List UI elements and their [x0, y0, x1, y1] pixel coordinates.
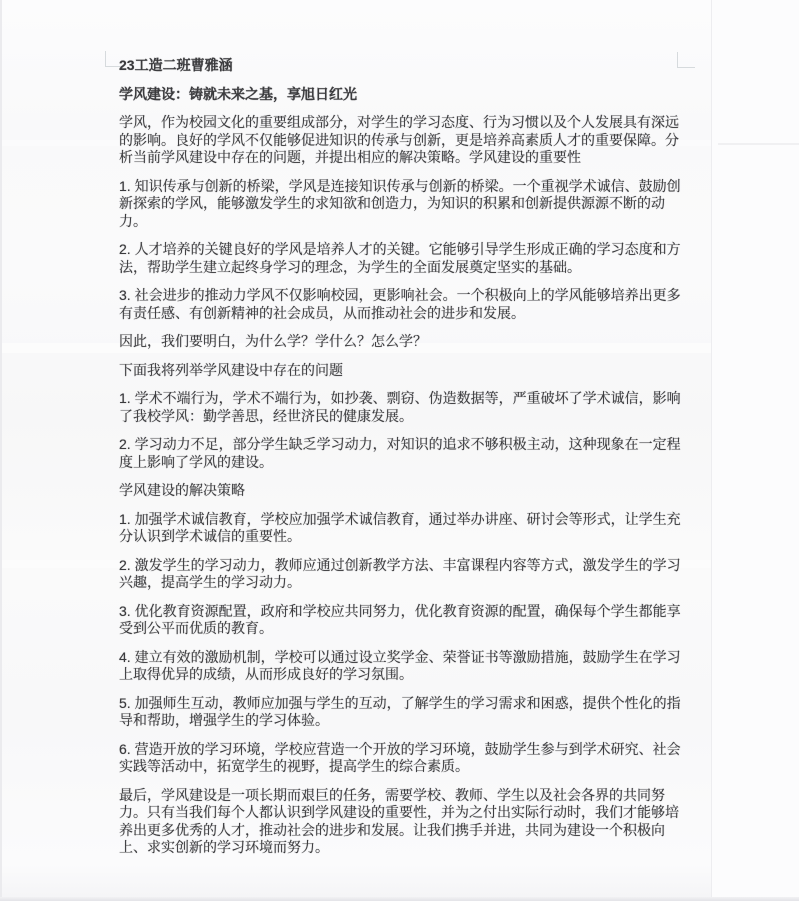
document-content: 23工造二班曹雅涵 学风建设：铸就未来之基，享旭日红光 学风，作为校园文化的重要… — [119, 57, 684, 868]
page-right-edge — [711, 0, 712, 897]
paragraph-solutions-intro: 学风建设的解决策略 — [119, 482, 684, 500]
paragraph-solution-4: 4. 建立有效的激励机制，学校可以通过设立奖学金、荣誉证书等激励措施，鼓励学生在… — [119, 649, 684, 684]
paragraph-importance-3: 3. 社会进步的推动力学风不仅影响校园，更影响社会。一个积极向上的学风能够培养出… — [119, 287, 684, 322]
paragraph-question: 因此，我们要明白，为什么学？学什么？怎么学？ — [119, 333, 684, 351]
photo-bottom-edge — [0, 897, 799, 901]
document-title: 学风建设：铸就未来之基，享旭日红光 — [119, 86, 684, 104]
paragraph-problems-intro: 下面我将列举学风建设中存在的问题 — [119, 362, 684, 380]
page-right-margin-area — [712, 0, 799, 897]
paragraph-intro: 学风，作为校园文化的重要组成部分，对学生的学习态度、行为习惯以及个人发展具有深远… — [119, 114, 684, 167]
paragraph-solution-3: 3. 优化教育资源配置，政府和学校应共同努力，优化教育资源的配置，确保每个学生都… — [119, 603, 684, 638]
page-fold-line — [718, 143, 799, 145]
photo-left-edge — [0, 0, 2, 901]
paragraph-solution-2: 2. 激发学生的学习动力，教师应通过创新教学方法、丰富课程内容等方式，激发学生的… — [119, 557, 684, 592]
paragraph-solution-6: 6. 营造开放的学习环境，学校应营造一个开放的学习环境，鼓励学生参与到学术研究、… — [119, 741, 684, 776]
paragraph-solution-1: 1. 加强学术诚信教育，学校应加强学术诚信教育，通过举办讲座、研讨会等形式，让学… — [119, 511, 684, 546]
author-line: 23工造二班曹雅涵 — [119, 57, 684, 75]
paragraph-importance-2: 2. 人才培养的关键良好的学风是培养人才的关键。它能够引导学生形成正确的学习态度… — [119, 241, 684, 276]
paragraph-problem-2: 2. 学习动力不足，部分学生缺乏学习动力，对知识的追求不够积极主动，这种现象在一… — [119, 436, 684, 471]
paragraph-importance-1: 1. 知识传承与创新的桥梁，学风是连接知识传承与创新的桥梁。一个重视学术诚信、鼓… — [119, 178, 684, 231]
paragraph-problem-1: 1. 学术不端行为，学术不端行为，如抄袭、剽窃、伪造数据等，严重破坏了学术诚信，… — [119, 390, 684, 425]
paragraph-conclusion: 最后，学风建设是一项长期而艰巨的任务，需要学校、教师、学生以及社会各界的共同努力… — [119, 787, 684, 857]
paragraph-solution-5: 5. 加强师生互动，教师应加强与学生的互动，了解学生的学习需求和困惑，提供个性化… — [119, 695, 684, 730]
document-photo: 23工造二班曹雅涵 学风建设：铸就未来之基，享旭日红光 学风，作为校园文化的重要… — [0, 0, 799, 901]
